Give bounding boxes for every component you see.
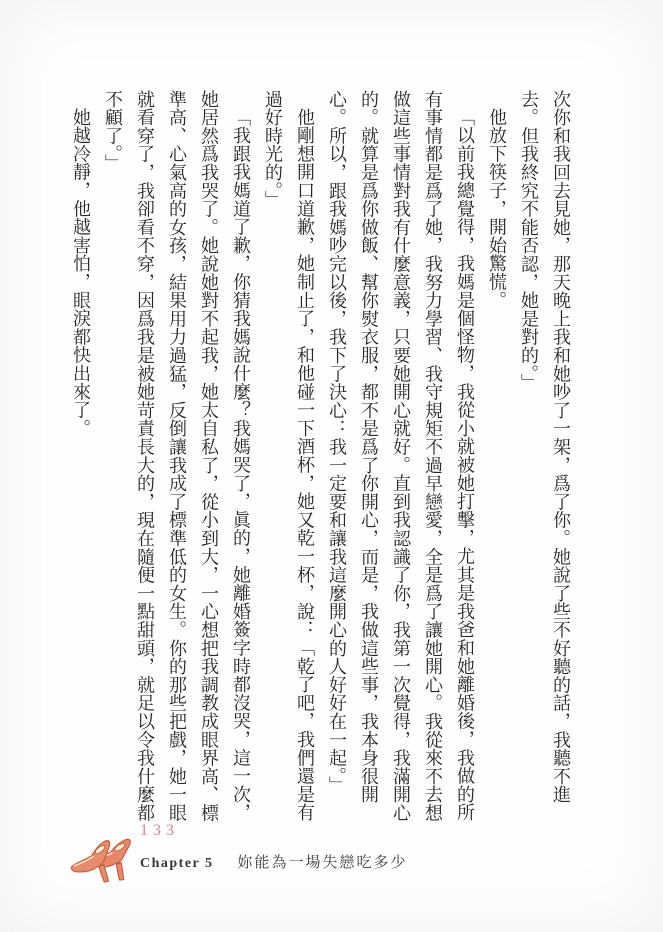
text-body: 次你和我回去見她，那天晚上我和她吵了一架，爲了你。她說了些不好聽的話，我聽不進去…: [63, 90, 577, 824]
paragraph: 他剛想開口道歉，她制止了，和他碰一下酒杯，她又乾一杯，說：「乾了吧，我們還是有過…: [257, 90, 321, 824]
paragraph: 「以前我總覺得，我媽是個怪物，我從小就被她打擊，尤其是我爸和她離婚後，我做的所有…: [321, 90, 481, 824]
book-page: 次你和我回去見她，那天晚上我和她吵了一架，爲了你。她說了些不好聽的話，我聽不進去…: [0, 0, 663, 932]
footer-text: 133 Chapter 5 妳能為一場失戀吃多少: [140, 822, 408, 872]
chapter-line: Chapter 5 妳能為一場失戀吃多少: [140, 851, 408, 872]
paragraph: 她越冷靜，他越害怕，眼淚都快出來了。: [65, 90, 97, 824]
chapter-label: Chapter 5: [140, 856, 214, 871]
chapter-title: 妳能為一場失戀吃多少: [238, 855, 408, 871]
paragraph: 他放下筷子，開始驚慌。: [481, 90, 513, 824]
paragraph: 次你和我回去見她，那天晚上我和她吵了一架，爲了你。她說了些不好聽的話，我聽不進去…: [513, 90, 577, 824]
high-heels-icon: [68, 828, 132, 884]
paragraph: 「我跟我媽道了歉，你猜我媽說什麼？我媽哭了，眞的，她離婚簽字時都沒哭，這一次，她…: [97, 90, 257, 824]
page-footer: 133 Chapter 5 妳能為一場失戀吃多少: [0, 822, 663, 932]
page-number: 133: [140, 822, 408, 840]
